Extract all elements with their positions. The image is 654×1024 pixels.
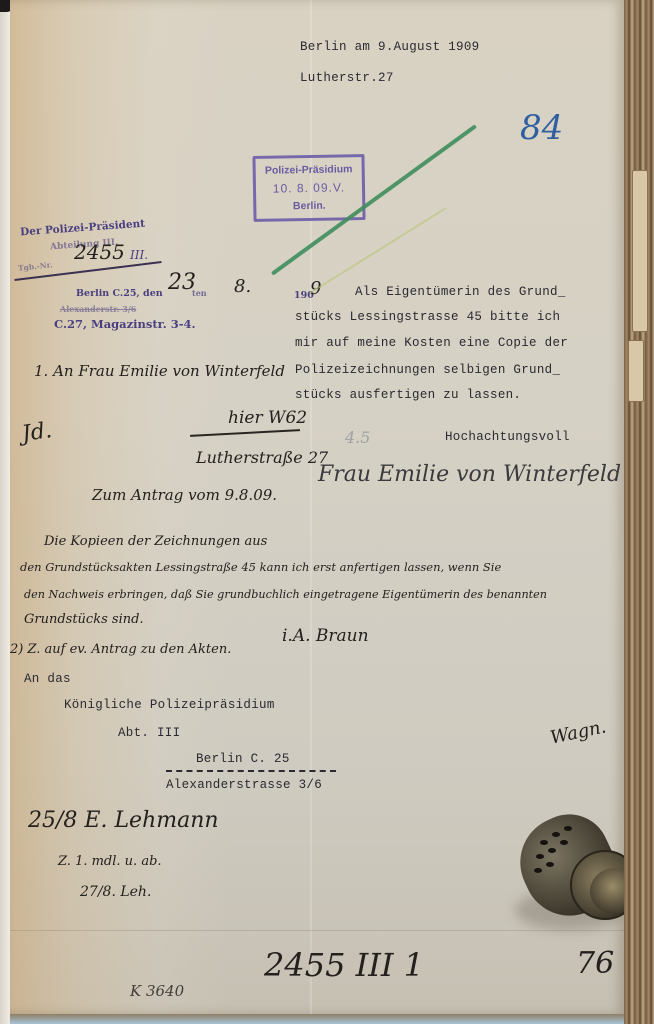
- typed-recipient-line1: Königliche Polizeipräsidium: [64, 698, 275, 712]
- page-fold-horizontal: [10, 930, 624, 931]
- reply-text-line-3: den Nachweis erbringen, daß Sie grundbuc…: [24, 588, 547, 601]
- office-stamp-month: 8.: [234, 276, 251, 297]
- signature: Frau Emilie von Winterfeld: [318, 462, 621, 487]
- page-fold-vertical: [310, 0, 312, 1014]
- margin-note-jd: Jd.: [20, 418, 53, 447]
- body-line-3: mir auf meine Kosten eine Copie der: [295, 336, 568, 350]
- typed-recipient-line3: Berlin C. 25: [196, 752, 290, 766]
- reply-underline: [190, 429, 300, 436]
- received-stamp-city: Berlin.: [256, 196, 362, 216]
- reply-instruction: 2) Z. auf ev. Antrag zu den Akten.: [10, 642, 231, 657]
- reply-subject: Zum Antrag vom 9.8.09.: [92, 486, 277, 504]
- typed-salutation: An das: [24, 672, 71, 686]
- office-stamp-new-address: C.27, Magazinstr. 3-4.: [54, 317, 195, 331]
- office-stamp-line1: Der Polizei-Präsident: [20, 218, 146, 239]
- typed-sender-address: Lutherstr.27: [300, 71, 394, 85]
- paperweight-hole: [552, 832, 560, 837]
- lower-signed: 25/8 E. Lehmann: [28, 808, 219, 833]
- reply-addressee-location: hier W62: [228, 408, 307, 428]
- office-stamp-month-label: ten: [192, 288, 207, 298]
- received-stamp-date: 10. 8. 09.V.: [256, 178, 362, 198]
- reply-text-line-1: Die Kopieen der Zeichnungen aus: [44, 534, 267, 549]
- body-line-5: stücks ausfertigen zu lassen.: [295, 388, 521, 402]
- paperweight-hole: [560, 840, 568, 845]
- reply-initials: i.A. Braun: [282, 626, 369, 646]
- office-stamp-place: Berlin C.25, den: [76, 288, 163, 299]
- typed-recipient-line4: Alexanderstrasse 3/6: [166, 778, 322, 792]
- journal-suffix: III.: [130, 248, 148, 262]
- typed-dashed-underline: [166, 770, 336, 772]
- body-line-4: Polizeizeichnungen selbigen Grund_: [295, 363, 560, 377]
- body-line-2: stücks Lessingstrasse 45 bitte ich: [295, 310, 560, 324]
- typed-recipient-line2: Abt. III: [118, 726, 180, 740]
- page-bottom-edge: [10, 1014, 624, 1024]
- reply-addressee-street: Lutherstraße 27: [196, 448, 328, 467]
- typed-closing: Hochachtungsvoll: [445, 430, 570, 444]
- lower-note: Z. 1. mdl. u. ab.: [58, 854, 162, 869]
- reply-text-line-2: den Grundstücksakten Lessingstraße 45 ka…: [20, 560, 501, 574]
- paperweight-hole: [540, 840, 548, 845]
- office-stamp-journal-prefix: Tgb.-Nr.: [18, 260, 53, 273]
- paperweight-hole: [564, 826, 572, 831]
- paperweight-hole: [546, 862, 554, 867]
- received-stamp: Polizei-Präsidium 10. 8. 09.V. Berlin.: [252, 154, 365, 222]
- typed-place-date: Berlin am 9.August 1909: [300, 40, 479, 54]
- paperweight-hole: [534, 868, 542, 873]
- received-stamp-title: Polizei-Präsidium: [256, 160, 362, 180]
- bottom-left-number: K 3640: [130, 982, 184, 1000]
- bottom-center-number: 2455 III 1: [264, 946, 424, 984]
- body-line-1: Als Eigentümerin des Grund_: [355, 285, 566, 299]
- paperweight-hole: [536, 854, 544, 859]
- stacked-page-edges: [624, 0, 654, 1024]
- reply-text-line-4: Grundstücks sind.: [24, 612, 144, 627]
- folio-number-blue: 84: [520, 108, 563, 148]
- paperweight-hole: [548, 848, 556, 853]
- faint-pencil-mark: 4.5: [345, 428, 370, 447]
- office-stamp-struck-address: Alexanderstr. 3/6: [60, 304, 136, 314]
- lower-date-initials: 27/8. Leh.: [80, 884, 151, 900]
- torn-page-fragment: [632, 170, 648, 332]
- reply-addressee: 1. An Frau Emilie von Winterfeld: [34, 362, 285, 380]
- journal-number: 2455: [74, 240, 125, 264]
- torn-page-fragment: [628, 340, 644, 402]
- bottom-right-folio: 76: [576, 946, 614, 981]
- paraph-right: Wagn.: [548, 716, 608, 748]
